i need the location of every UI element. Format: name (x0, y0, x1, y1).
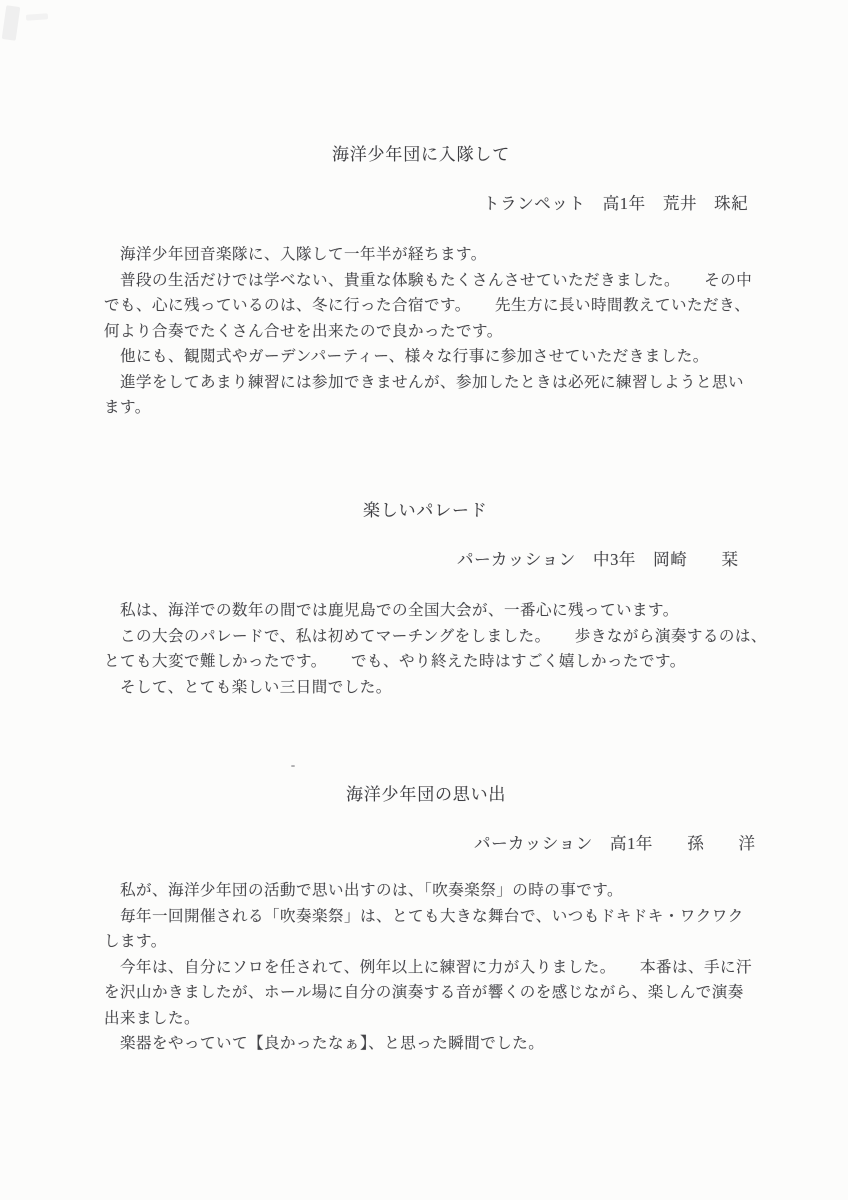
essay-2-byline: パーカッション 中3年 岡崎 栞 (457, 546, 739, 570)
body-text-line: そして、とても楽しい三日間でした。 (104, 675, 764, 701)
essay-3-byline: パーカッション 高1年 孫 洋 (474, 830, 756, 854)
body-text-line: 進学をしてあまり練習には参加できませんが、参加したときは必死に練習しようと思い (104, 370, 764, 396)
essay-1-body: 海洋少年団音楽隊に、入隊して一年半が経ちます。 普段の生活だけでは学べない、貴重… (104, 242, 764, 421)
scan-artifact (26, 13, 48, 21)
scan-artifact (291, 765, 295, 767)
body-text-line: 私が、海洋少年団の活動で思い出すのは、「吹奏楽祭」の時の事です。 (104, 878, 764, 904)
body-text-line: 海洋少年団音楽隊に、入隊して一年半が経ちます。 (104, 242, 764, 268)
body-text-line: でも、心に残っているのは、冬に行った合宿です。 先生方に長い時間教えていただき、 (104, 293, 764, 319)
essay-3-title: 海洋少年団の思い出 (346, 780, 506, 805)
body-text-line: ます。 (104, 395, 764, 421)
body-text-line: 今年は、自分にソロを任されて、例年以上に練習に力が入りました。 本番は、手に汗 (104, 955, 764, 981)
body-text-line: 毎年一回開催される「吹奏楽祭」は、とても大きな舞台で、いつもドキドキ・ワクワク (104, 904, 764, 930)
essay-1-byline: トランペット 高1年 荒井 珠紀 (483, 190, 748, 214)
body-text-line: 楽器をやっていて【良かったなぁ】、と思った瞬間でした。 (104, 1031, 764, 1057)
essay-2-title: 楽しいパレード (363, 496, 488, 521)
body-text-line: 何より合奏でたくさん合せを出来たので良かったです。 (104, 319, 764, 345)
body-text-line: この大会のパレードで、私は初めてマーチングをしました。 歩きながら演奏するのは、 (104, 624, 764, 650)
body-text-line: 普段の生活だけでは学べない、貴重な体験もたくさんさせていただきました。 その中 (104, 268, 764, 294)
body-text-line: とても大変で難しかったです。 でも、やり終えた時はすごく嬉しかったです。 (104, 649, 764, 675)
scan-artifact (2, 5, 21, 41)
body-text-line: します。 (104, 929, 764, 955)
body-text-line: 私は、海洋での数年の間では鹿児島での全国大会が、一番心に残っています。 (104, 598, 764, 624)
body-text-line: を沢山かきましたが、ホール場に自分の演奏する音が響くのを感じながら、楽しんで演奏 (104, 980, 764, 1006)
essay-3-body: 私が、海洋少年団の活動で思い出すのは、「吹奏楽祭」の時の事です。 毎年一回開催さ… (104, 878, 764, 1057)
body-text-line: 他にも、観閲式やガーデンパーティー、様々な行事に参加させていただきました。 (104, 344, 764, 370)
essay-1-title: 海洋少年団に入隊して (332, 140, 510, 165)
body-text-line: 出来ました。 (104, 1006, 764, 1032)
essay-2-body: 私は、海洋での数年の間では鹿児島での全国大会が、一番心に残っています。 この大会… (104, 598, 764, 700)
scanned-page: 海洋少年団に入隊して トランペット 高1年 荒井 珠紀 海洋少年団音楽隊に、入隊… (0, 0, 848, 1200)
